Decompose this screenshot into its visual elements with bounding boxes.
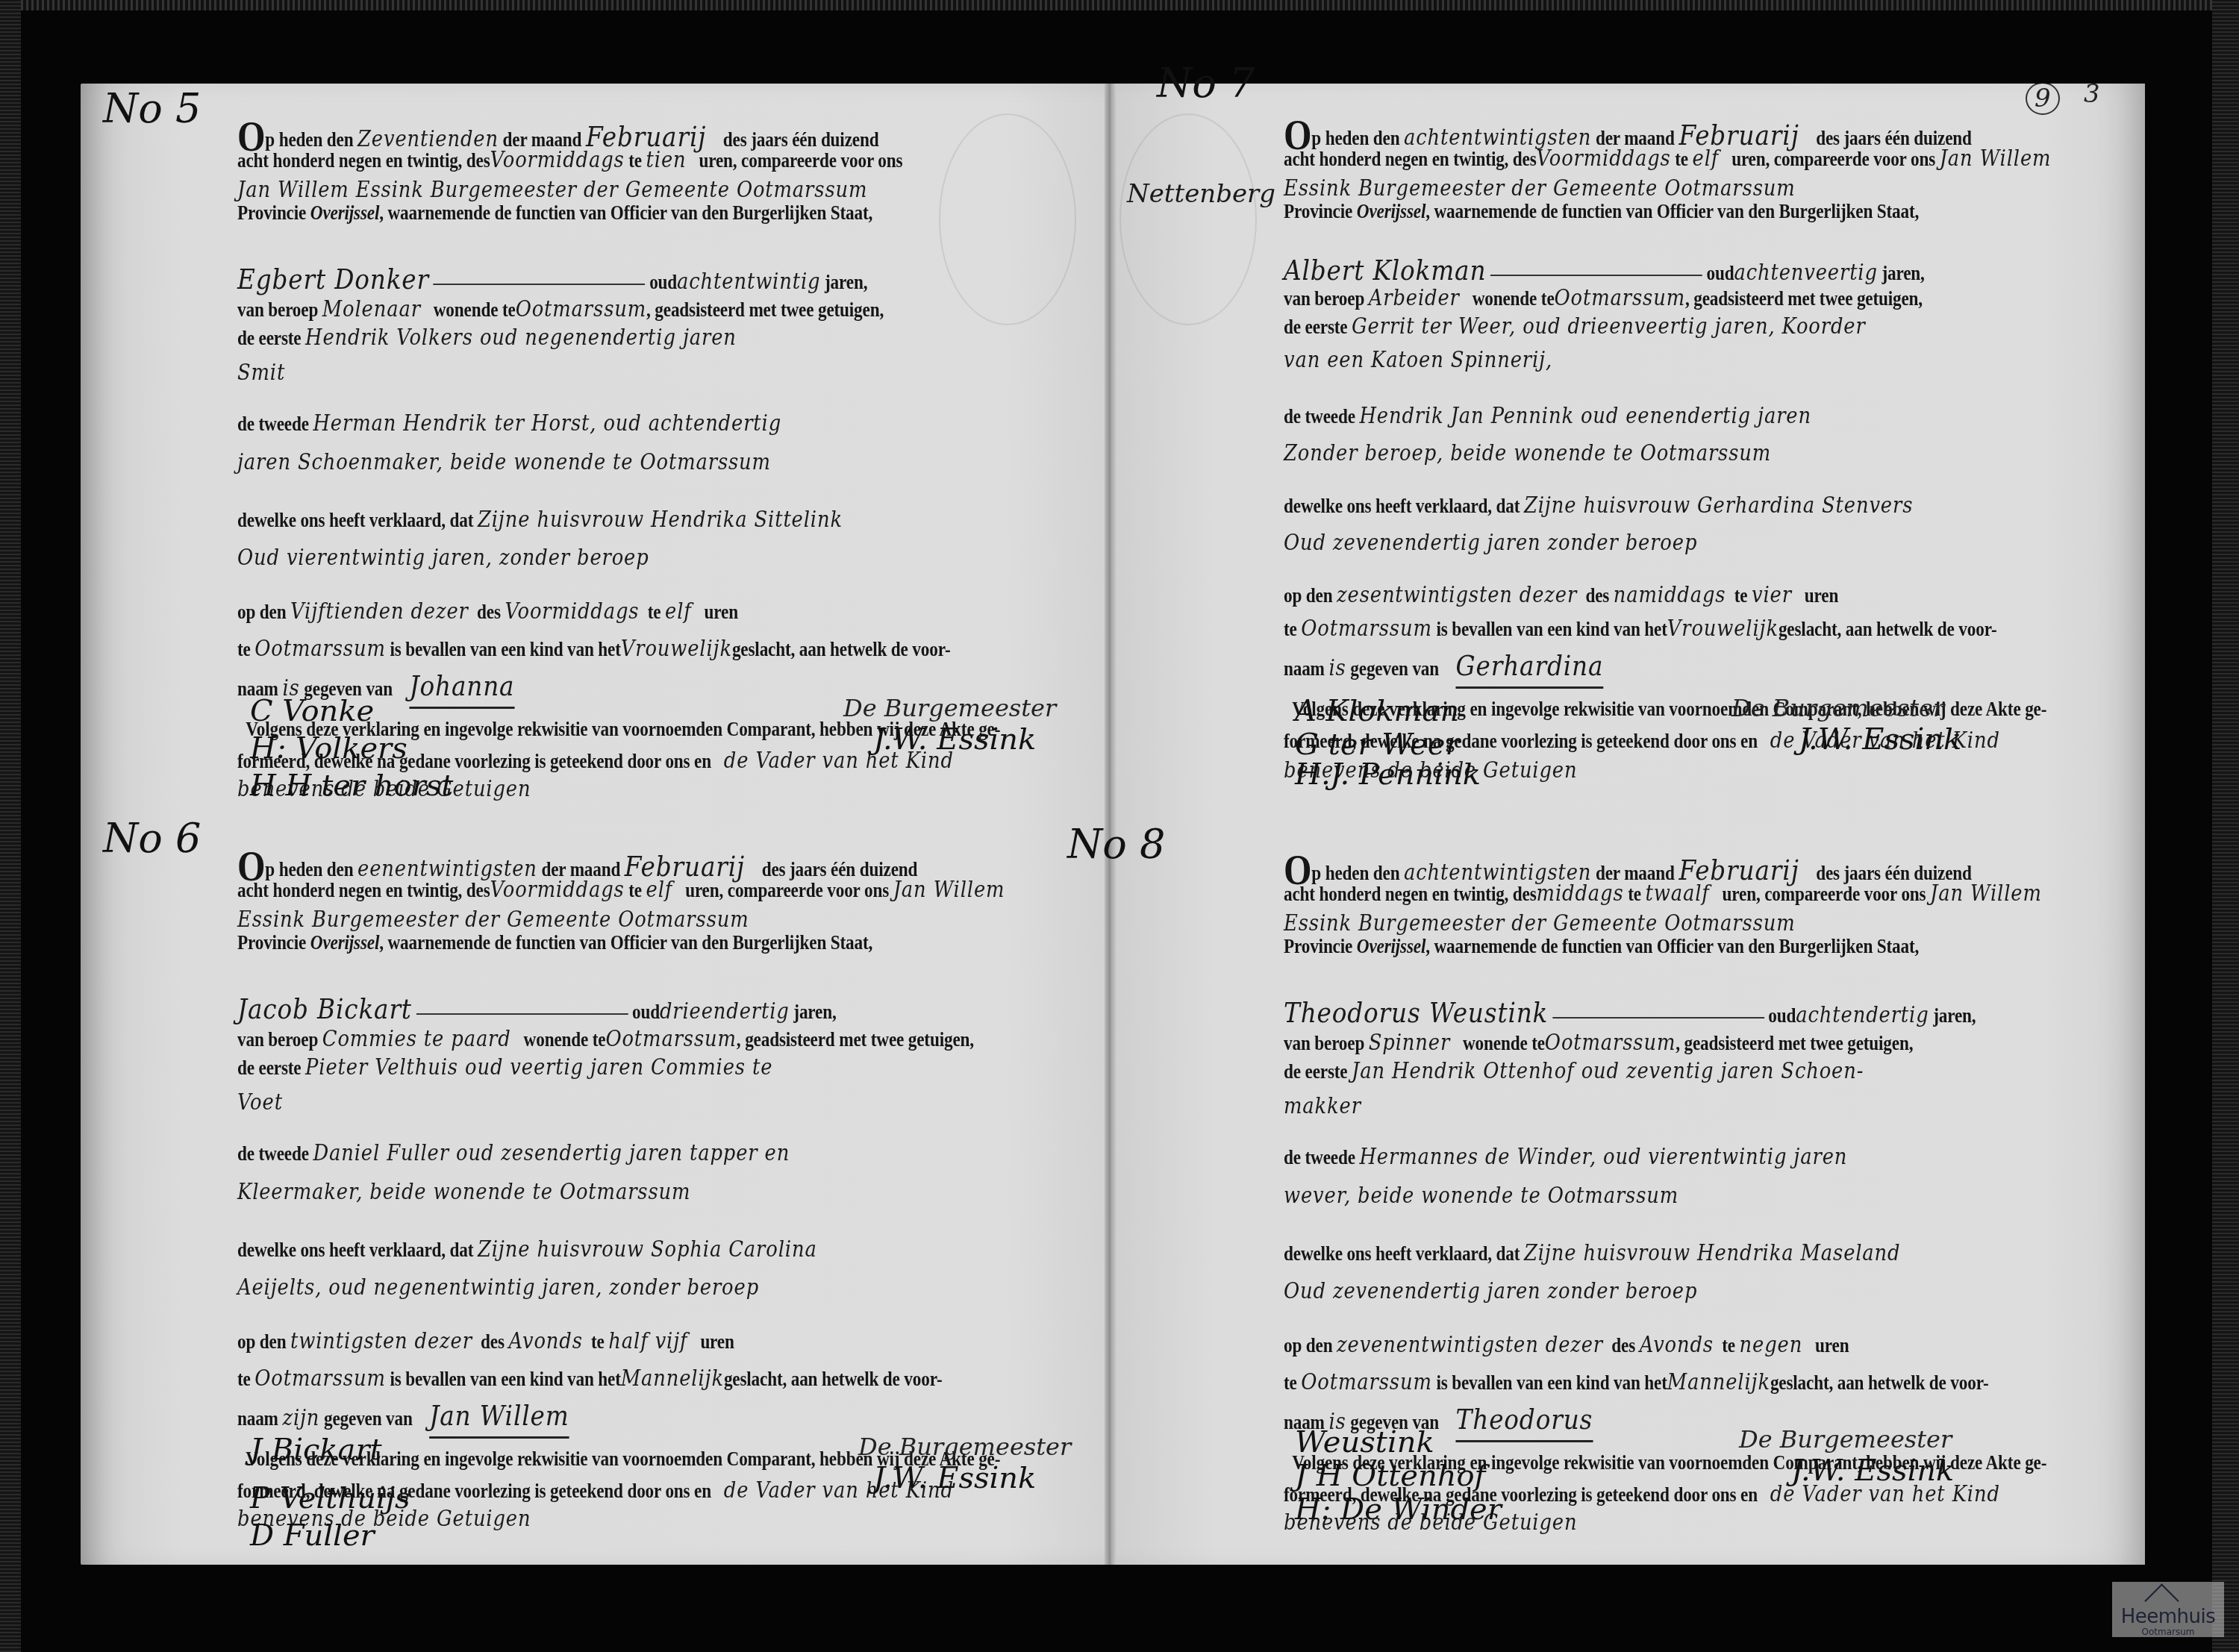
witness2-cont-line: jaren Schoenmaker, beide wonende te Ootm… xyxy=(237,449,771,475)
mother-field: Zijne huisvrouw Gerhardina Stenvers xyxy=(1524,492,1913,519)
mother-field: Zijne huisvrouw Sophia Carolina xyxy=(478,1236,817,1263)
witness1-line: de eerste Jan Hendrik Ottenhof oud zeven… xyxy=(1284,1058,1864,1084)
residence-field: Ootmarssum xyxy=(1555,285,1685,311)
act-line-2: acht honderd negen en twintig, desVoormi… xyxy=(237,147,902,173)
declarant-line: Jacob Bickart ouddrieendertig jaren, xyxy=(237,992,837,1025)
act-line-2: acht honderd negen en twintig, desmiddag… xyxy=(1284,880,2042,907)
sex-field: Mannelijk xyxy=(1667,1369,1770,1395)
birth-place-field: Ootmarssum xyxy=(254,1365,385,1392)
declarant-field: Egbert Donker xyxy=(237,263,429,295)
child-name-field: Theodorus xyxy=(1456,1403,1593,1442)
occupation-field: Spinner xyxy=(1369,1030,1450,1056)
official-start-field: Jan Willem xyxy=(1940,146,2052,172)
birth-hour-field: negen xyxy=(1740,1332,1803,1358)
birth-time-of-day-field: namiddags xyxy=(1614,582,1726,608)
birth-date-line: op den Vijftienden dezer des Voormiddags… xyxy=(237,598,738,625)
declarant-field: Theodorus Weustink xyxy=(1284,996,1548,1029)
signature-witness-1: H: Volkers xyxy=(250,731,407,766)
scanner-edge-top xyxy=(0,0,2239,10)
mayor-signature: J.W. Essink xyxy=(873,1461,1036,1495)
witness1-cont-line: Smit xyxy=(237,360,285,386)
witness2-field: Herman Hendrik ter Horst, oud achtendert… xyxy=(313,410,781,437)
witness2-line: de tweede Herman Hendrik ter Horst, oud … xyxy=(237,410,781,437)
official-field: Essink Burgemeester der Gemeente Ootmars… xyxy=(237,907,749,933)
birth-place-line: te Ootmarssum is bevallen van een kind v… xyxy=(1284,616,1997,642)
witness1-field: Gerrit ter Weer, oud drieenveertig jaren… xyxy=(1352,313,1866,340)
occupation-line: van beroep Spinner wonende teOotmarssum,… xyxy=(1284,1030,1913,1056)
witness1-field: Jan Hendrik Ottenhof oud zeventig jaren … xyxy=(1352,1058,1864,1084)
sex-field: Mannelijk xyxy=(621,1365,724,1392)
occupation-field: Molenaar xyxy=(322,296,421,322)
signature-witness-1: J H Ottenhof xyxy=(1295,1459,1485,1493)
signature-declarant: J Bickart xyxy=(250,1433,382,1467)
official-field: Jan Willem Essink Burgemeester der Gemee… xyxy=(237,177,867,203)
birth-day-field: zevenentwintigsten dezer xyxy=(1337,1332,1603,1358)
hour-field: elf xyxy=(1693,146,1720,172)
sex-field: Vrouwelijk xyxy=(1667,616,1779,642)
mother-line: dewelke ons heeft verklaard, dat Zijne h… xyxy=(1284,1240,1900,1266)
official-field: Essink Burgemeester der Gemeente Ootmars… xyxy=(1284,910,1796,936)
declarant-age-field: achtenveertig xyxy=(1734,260,1877,286)
birth-place-field: Ootmarssum xyxy=(1301,616,1431,642)
witness1-line: de eerste Gerrit ter Weer, oud drieenvee… xyxy=(1284,313,1866,340)
act-line-4: Provincie Overijssel, waarnemende de fun… xyxy=(237,931,872,954)
witness2-cont-line: Kleermaker, beide wonende te Ootmarssum xyxy=(237,1179,690,1205)
declarant-field: Albert Klokman xyxy=(1284,254,1486,287)
embossed-stamp xyxy=(939,113,1076,325)
official-start-field: Jan Willem xyxy=(1930,880,2042,907)
mayor-signature: J.W. Essink xyxy=(1791,1454,1954,1488)
child-name-field: Johanna xyxy=(410,669,515,709)
witness1-line: de eerste Pieter Velthuis oud veertig ja… xyxy=(237,1054,772,1080)
declarant-field: Jacob Bickart xyxy=(237,992,412,1025)
act-number: No 8 xyxy=(1067,821,1165,868)
official-start-field: Jan Willem xyxy=(893,877,1005,903)
sex-field: Vrouwelijk xyxy=(621,636,732,662)
act-line-4: Provincie Overijssel, waarnemende de fun… xyxy=(237,201,872,225)
act-line-3: Essink Burgemeester der Gemeente Ootmars… xyxy=(1284,175,1796,201)
child-name-field: Jan Willem xyxy=(429,1399,569,1439)
time-of-day-field: Voormiddags xyxy=(490,147,625,173)
birth-place-field: Ootmarssum xyxy=(254,636,385,662)
act-number: No 5 xyxy=(103,85,201,132)
signature-witness-2: D Fuller xyxy=(250,1518,375,1553)
scanner-edge-left xyxy=(0,0,21,1652)
act-line-3: Essink Burgemeester der Gemeente Ootmars… xyxy=(1284,910,1796,936)
declarant-age-field: achtentwintig xyxy=(677,269,820,295)
mayor-signature: J.W. Essink xyxy=(873,722,1036,757)
witness2-cont-line: Zonder beroep, beide wonende te Ootmarss… xyxy=(1284,440,1771,466)
act-line-3: Jan Willem Essink Burgemeester der Gemee… xyxy=(237,177,867,203)
signature-declarant: C Vonke xyxy=(250,694,374,728)
mother-line: dewelke ons heeft verklaard, dat Zijne h… xyxy=(237,507,843,533)
mother-field: Zijne huisvrouw Hendrika Maseland xyxy=(1524,1240,1900,1266)
declarant-line: Albert Klokman oudachtenveertig jaren, xyxy=(1284,254,1925,287)
mayor-title: De Burgemeester xyxy=(1731,694,1944,722)
witness2-field: Hermannes de Winder, oud vierentwintig j… xyxy=(1359,1144,1847,1170)
act-line-2: acht honderd negen en twintig, desVoormi… xyxy=(1284,146,2051,172)
folio-number: 3 xyxy=(2084,84,2100,109)
residence-field: Ootmarssum xyxy=(605,1026,736,1052)
witness2-field: Hendrik Jan Pennink oud eenendertig jare… xyxy=(1359,403,1811,429)
act-line-4: Provincie Overijssel, waarnemende de fun… xyxy=(1284,935,1919,958)
signature-witness-2: H.J. Pennink xyxy=(1295,757,1481,792)
mother-cont-line: Oud zevenendertig jaren zonder beroep xyxy=(1284,530,1697,556)
signature-witness-1: P Velthuijs xyxy=(250,1481,410,1515)
margin-note: Nettenberg xyxy=(1127,179,1275,209)
hour-field: tien xyxy=(646,147,687,173)
birth-place-field: Ootmarssum xyxy=(1301,1369,1431,1395)
witness2-line: de tweede Hermannes de Winder, oud viere… xyxy=(1284,1144,1847,1170)
mother-cont-line: Aeijelts, oud negenentwintig jaren, zond… xyxy=(237,1274,759,1301)
mayor-title: De Burgemeester xyxy=(843,694,1056,722)
witness1-field: Pieter Velthuis oud veertig jaren Commie… xyxy=(305,1054,772,1080)
birth-time-of-day-field: Avonds xyxy=(509,1328,583,1354)
occupation-field: Arbeider xyxy=(1369,285,1460,311)
witness2-cont-line: wever, beide wonende te Ootmarssum xyxy=(1284,1183,1679,1209)
witness2-line: de tweede Daniel Fuller oud zesendertig … xyxy=(237,1140,790,1166)
embossed-stamp xyxy=(1119,113,1257,325)
signature-witness-2: H: De Winder xyxy=(1295,1492,1502,1527)
witness1-line: de eerste Hendrik Volkers oud negenender… xyxy=(237,325,737,351)
hour-field: twaalf xyxy=(1646,880,1710,907)
birth-time-of-day-field: Avonds xyxy=(1640,1332,1714,1358)
witness2-line: de tweede Hendrik Jan Pennink oud eenend… xyxy=(1284,403,1811,429)
signature-witness-2: H H ter horst xyxy=(250,769,453,803)
declarant-age-field: achtendertig xyxy=(1796,1002,1929,1028)
birth-hour-field: vier xyxy=(1752,582,1792,608)
mother-line: dewelke ons heeft verklaard, dat Zijne h… xyxy=(237,1236,817,1263)
mother-field: Zijne huisvrouw Hendrika Sittelink xyxy=(478,507,843,533)
mother-cont-line: Oud vierentwintig jaren, zonder beroep xyxy=(237,545,649,571)
time-of-day-field: middags xyxy=(1537,880,1624,907)
official-field: Essink Burgemeester der Gemeente Ootmars… xyxy=(1284,175,1796,201)
signature-declarant: A Klokman xyxy=(1295,694,1459,728)
birth-hour-field: half vijf xyxy=(608,1328,687,1354)
mayor-title: De Burgemeester xyxy=(1739,1425,1952,1454)
time-of-day-field: Voormiddags xyxy=(490,877,625,903)
birth-place-line: te Ootmarssum is bevallen van een kind v… xyxy=(237,636,951,662)
occupation-line: van beroep Molenaar wonende teOotmarssum… xyxy=(237,296,884,322)
birth-day-field: Vijftienden dezer xyxy=(290,598,469,625)
birth-place-line: te Ootmarssum is bevallen van een kind v… xyxy=(237,1365,942,1392)
birth-hour-field: elf xyxy=(665,598,692,625)
witness1-cont-line: makker xyxy=(1284,1093,1361,1119)
folio-number-circled: 9 xyxy=(2026,84,2060,115)
mother-line: dewelke ons heeft verklaard, dat Zijne h… xyxy=(1284,492,1913,519)
declarant-age-field: drieendertig xyxy=(660,998,790,1024)
birth-day-field: zesentwintigsten dezer xyxy=(1337,582,1577,608)
act-line-4: Provincie Overijssel, waarnemende de fun… xyxy=(1284,200,1919,223)
occupation-line: van beroep Commies te paard wonende teOo… xyxy=(237,1026,974,1052)
witness2-field: Daniel Fuller oud zesendertig jaren tapp… xyxy=(313,1140,790,1166)
child-name-field: Gerhardina xyxy=(1456,649,1604,689)
mother-cont-line: Oud zevenendertig jaren zonder beroep xyxy=(1284,1278,1697,1304)
scanner-edge-right xyxy=(2212,0,2239,1652)
declarant-line: Egbert Donker oudachtentwintig jaren, xyxy=(237,263,867,295)
birth-day-field: twintigsten dezer xyxy=(290,1328,472,1354)
witness1-cont-line: van een Katoen Spinnerij, xyxy=(1284,347,1552,373)
birth-date-line: op den zesentwintigsten dezer des namidd… xyxy=(1284,582,1838,608)
birth-time-of-day-field: Voormiddags xyxy=(505,598,639,625)
mayor-title: De Burgemeester xyxy=(858,1433,1071,1461)
child-name-line: naam zijn gegeven van Jan Willem xyxy=(237,1399,569,1432)
heemhuis-watermark: Heemhuis Ootmarsum xyxy=(2112,1582,2224,1637)
time-of-day-field: Voormiddags xyxy=(1537,146,1671,172)
witness1-cont-line: Voet xyxy=(237,1089,283,1116)
signature-declarant: Weustink xyxy=(1295,1425,1434,1459)
hour-field: elf xyxy=(646,877,673,903)
birth-date-line: op den zevenentwintigsten dezer des Avon… xyxy=(1284,1332,1849,1358)
birth-date-line: op den twintigsten dezer des Avonds te h… xyxy=(237,1328,734,1354)
act-line-2: acht honderd negen en twintig, desVoormi… xyxy=(237,877,1005,903)
residence-field: Ootmarssum xyxy=(1545,1030,1676,1056)
occupation-line: van beroep Arbeider wonende teOotmarssum… xyxy=(1284,285,1923,311)
act-number: No 7 xyxy=(1157,60,1255,107)
mayor-signature: J.W. Essink xyxy=(1799,722,1961,757)
act-line-3: Essink Burgemeester der Gemeente Ootmars… xyxy=(237,907,749,933)
declarant-line: Theodorus Weustink oudachtendertig jaren… xyxy=(1284,996,1976,1029)
occupation-field: Commies te paard xyxy=(322,1026,511,1052)
act-number: No 6 xyxy=(103,815,201,862)
child-name-line: naam is gegeven van Gerhardina xyxy=(1284,649,1603,682)
residence-field: Ootmarssum xyxy=(516,296,646,322)
birth-place-line: te Ootmarssum is bevallen van een kind v… xyxy=(1284,1369,1988,1395)
witness1-field: Hendrik Volkers oud negenendertig jaren xyxy=(305,325,737,351)
